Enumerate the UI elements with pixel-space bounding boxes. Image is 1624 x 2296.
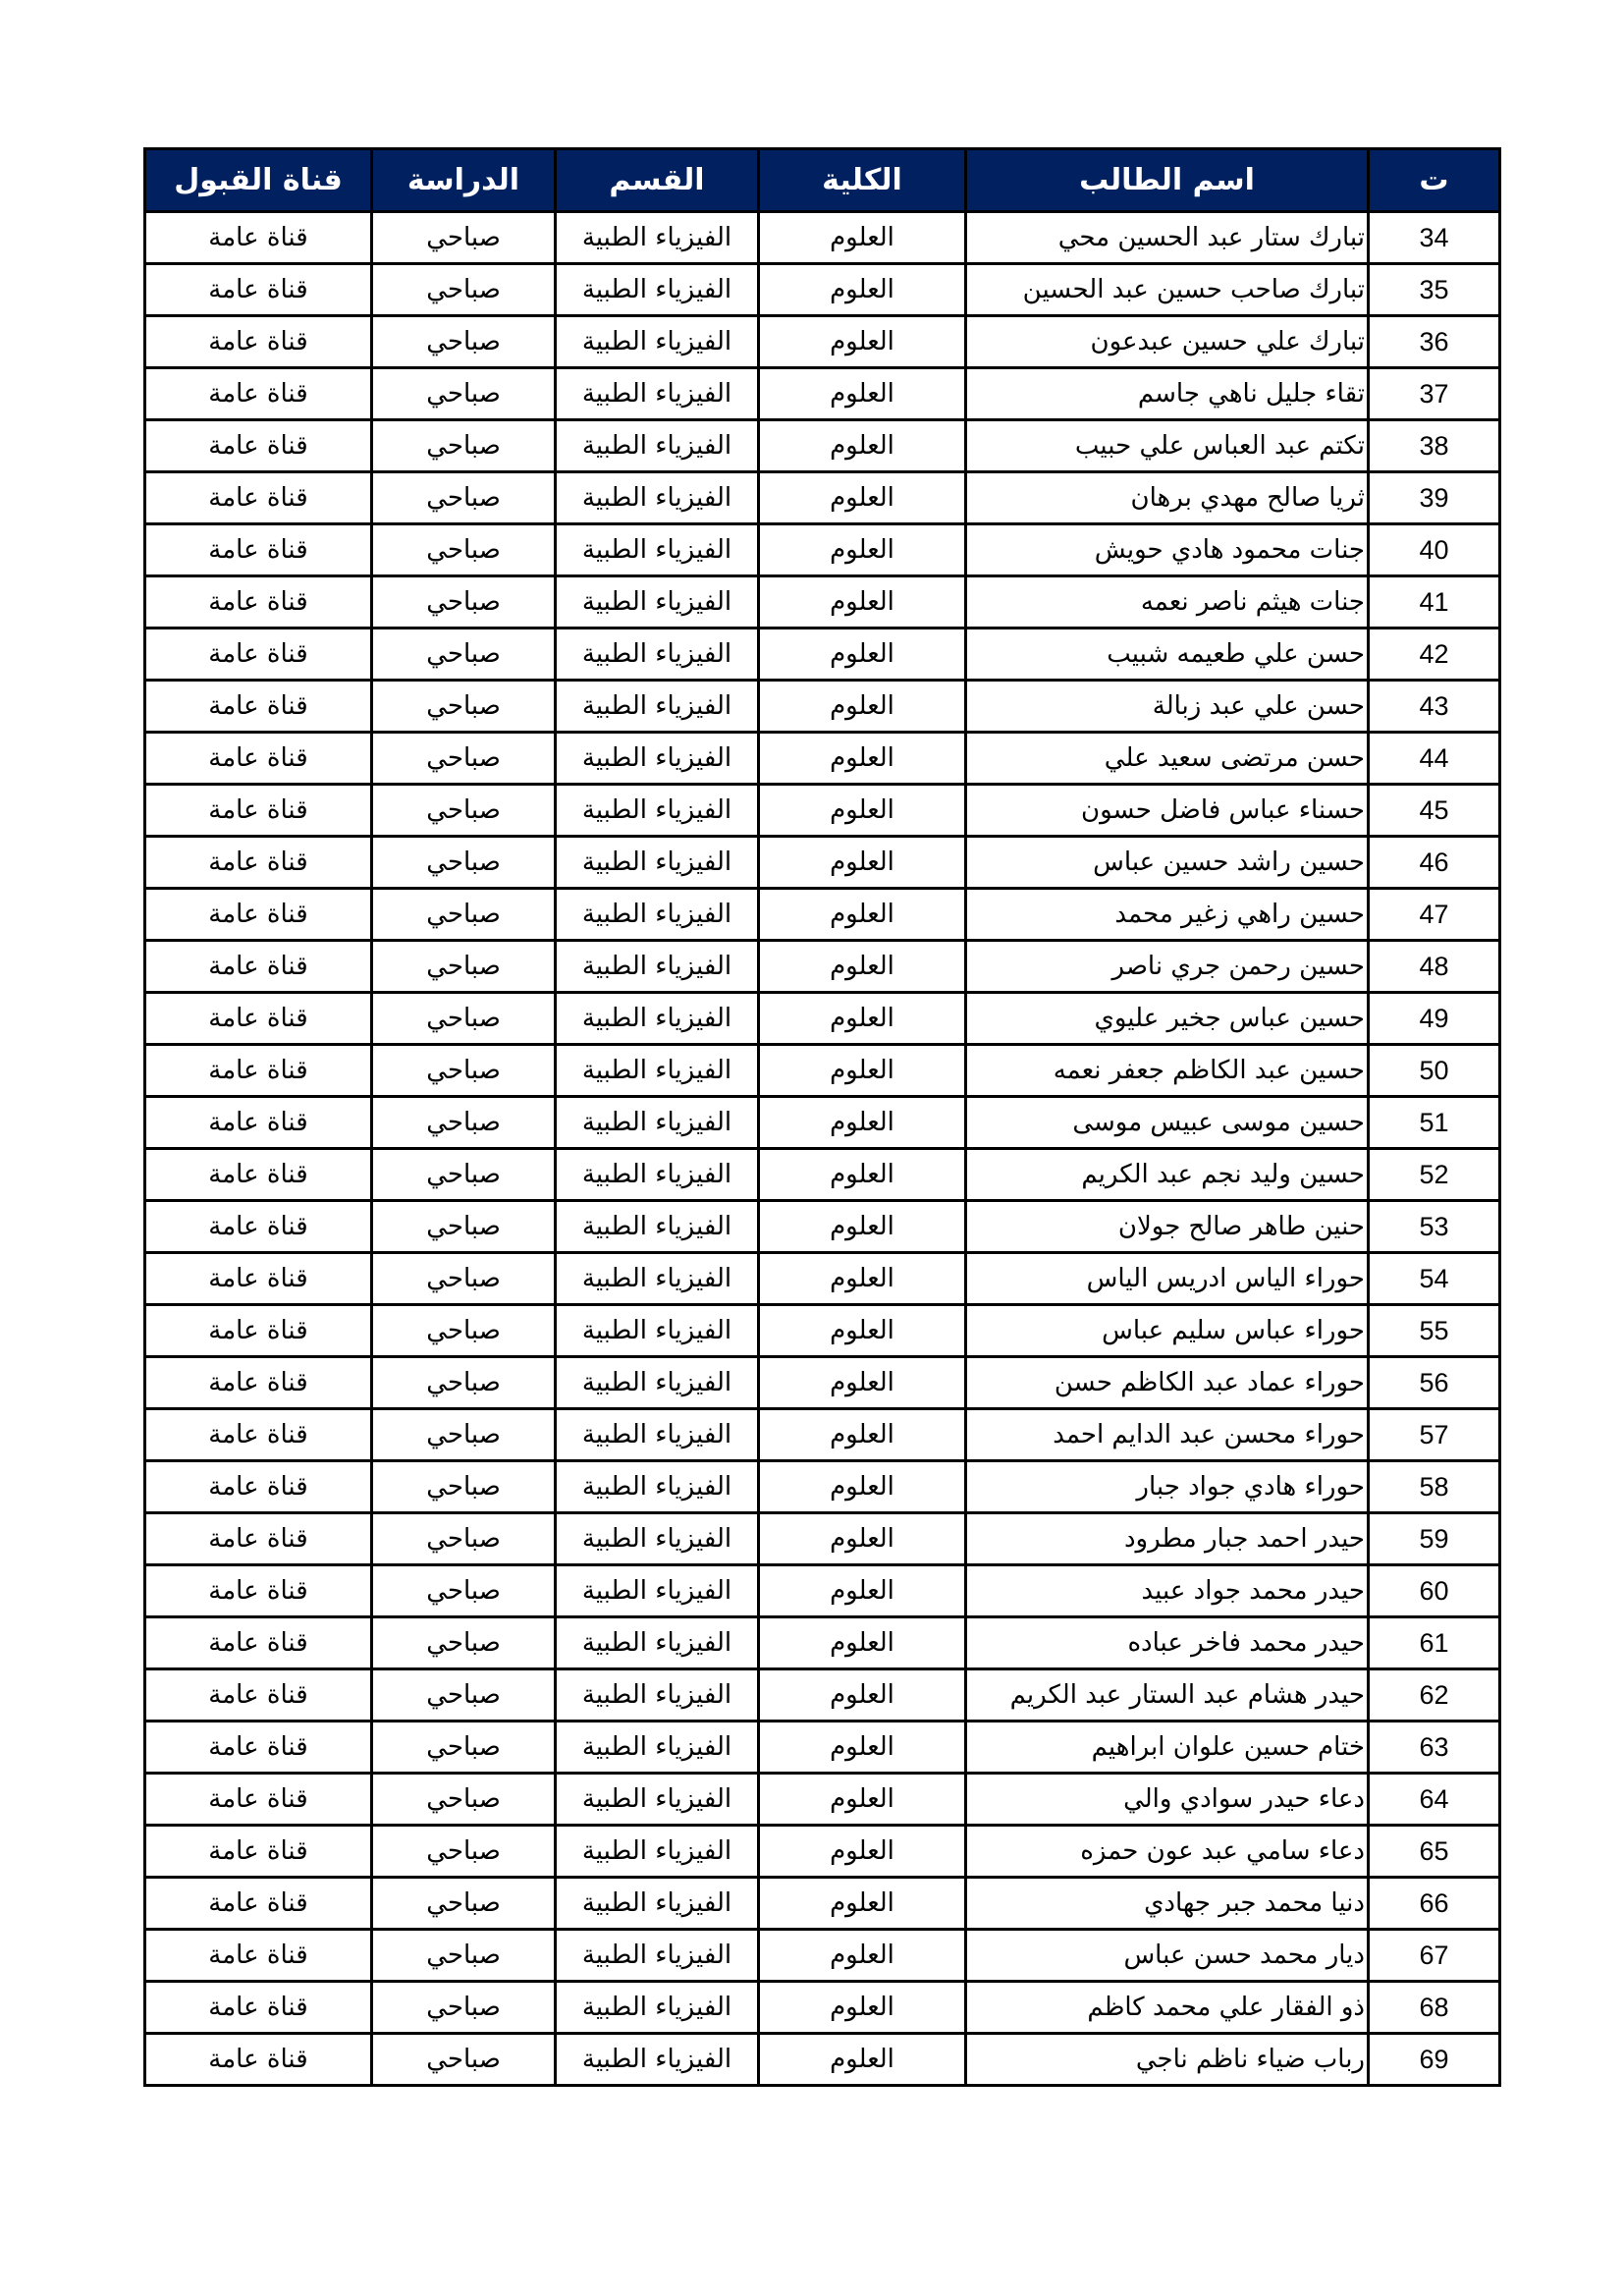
student-name-cell: حسين عبد الكاظم جعفر نعمه xyxy=(966,1045,1369,1097)
student-name-cell: تقاء جليل ناهي جاسم xyxy=(966,368,1369,420)
student-name-cell: حسن علي عبد زبالة xyxy=(966,681,1369,733)
study-type-cell: صباحي xyxy=(372,1722,556,1774)
college-cell: العلوم xyxy=(759,1097,966,1149)
college-cell: العلوم xyxy=(759,1045,966,1097)
study-type-cell: صباحي xyxy=(372,1565,556,1617)
department-cell: الفيزياء الطبية xyxy=(556,785,759,837)
table-row: 50حسين عبد الكاظم جعفر نعمهالعلومالفيزيا… xyxy=(145,1045,1500,1097)
admission-channel-cell: قناة عامة xyxy=(145,1930,372,1982)
row-number-cell: 43 xyxy=(1369,681,1500,733)
row-number-cell: 40 xyxy=(1369,524,1500,576)
table-row: 44حسن مرتضى سعيد عليالعلومالفيزياء الطبي… xyxy=(145,733,1500,785)
table-row: 64دعاء حيدر سوادي واليالعلومالفيزياء الط… xyxy=(145,1774,1500,1826)
department-cell: الفيزياء الطبية xyxy=(556,1774,759,1826)
table-row: 52حسين وليد نجم عبد الكريمالعلومالفيزياء… xyxy=(145,1149,1500,1201)
student-name-cell: حوراء الياس ادريس الياس xyxy=(966,1253,1369,1305)
row-number-cell: 44 xyxy=(1369,733,1500,785)
college-cell: العلوم xyxy=(759,941,966,993)
row-number-cell: 56 xyxy=(1369,1357,1500,1409)
row-number-cell: 58 xyxy=(1369,1461,1500,1513)
study-type-cell: صباحي xyxy=(372,1149,556,1201)
department-cell: الفيزياء الطبية xyxy=(556,1617,759,1669)
admission-channel-cell: قناة عامة xyxy=(145,993,372,1045)
study-type-cell: صباحي xyxy=(372,1878,556,1930)
student-name-cell: حسين موسى عبيس موسى xyxy=(966,1097,1369,1149)
study-type-cell: صباحي xyxy=(372,1409,556,1461)
admission-channel-cell: قناة عامة xyxy=(145,1617,372,1669)
study-type-cell: صباحي xyxy=(372,681,556,733)
study-type-cell: صباحي xyxy=(372,368,556,420)
admission-channel-cell: قناة عامة xyxy=(145,1826,372,1878)
table-row: 55حوراء عباس سليم عباسالعلومالفيزياء الط… xyxy=(145,1305,1500,1357)
student-name-cell: حسناء عباس فاضل حسون xyxy=(966,785,1369,837)
study-type-cell: صباحي xyxy=(372,993,556,1045)
college-cell: العلوم xyxy=(759,785,966,837)
admission-channel-cell: قناة عامة xyxy=(145,681,372,733)
table-header: ت اسم الطالب الكلية القسم الدراسة قناة ا… xyxy=(145,149,1500,212)
study-type-cell: صباحي xyxy=(372,212,556,264)
table-row: 58حوراء هادي جواد جبارالعلومالفيزياء الط… xyxy=(145,1461,1500,1513)
study-type-cell: صباحي xyxy=(372,472,556,524)
college-cell: العلوم xyxy=(759,524,966,576)
table-row: 42حسن علي طعيمه شبيبالعلومالفيزياء الطبي… xyxy=(145,629,1500,681)
department-cell: الفيزياء الطبية xyxy=(556,472,759,524)
student-name-cell: حوراء هادي جواد جبار xyxy=(966,1461,1369,1513)
department-cell: الفيزياء الطبية xyxy=(556,264,759,316)
row-number-cell: 55 xyxy=(1369,1305,1500,1357)
department-cell: الفيزياء الطبية xyxy=(556,993,759,1045)
header-student-name: اسم الطالب xyxy=(966,149,1369,212)
row-number-cell: 49 xyxy=(1369,993,1500,1045)
study-type-cell: صباحي xyxy=(372,837,556,889)
admission-channel-cell: قناة عامة xyxy=(145,941,372,993)
student-name-cell: حسين وليد نجم عبد الكريم xyxy=(966,1149,1369,1201)
college-cell: العلوم xyxy=(759,681,966,733)
table-row: 41جنات هيثم ناصر نعمهالعلومالفيزياء الطب… xyxy=(145,576,1500,629)
department-cell: الفيزياء الطبية xyxy=(556,1878,759,1930)
college-cell: العلوم xyxy=(759,212,966,264)
row-number-cell: 34 xyxy=(1369,212,1500,264)
department-cell: الفيزياء الطبية xyxy=(556,681,759,733)
college-cell: العلوم xyxy=(759,1513,966,1565)
student-name-cell: حيدر محمد فاخر عباده xyxy=(966,1617,1369,1669)
table-row: 60حيدر محمد جواد عبيدالعلومالفيزياء الطب… xyxy=(145,1565,1500,1617)
college-cell: العلوم xyxy=(759,1305,966,1357)
admission-channel-cell: قناة عامة xyxy=(145,1669,372,1722)
college-cell: العلوم xyxy=(759,2034,966,2086)
table-row: 40جنات محمود هادي حويشالعلومالفيزياء الط… xyxy=(145,524,1500,576)
college-cell: العلوم xyxy=(759,264,966,316)
department-cell: الفيزياء الطبية xyxy=(556,941,759,993)
admission-channel-cell: قناة عامة xyxy=(145,889,372,941)
row-number-cell: 54 xyxy=(1369,1253,1500,1305)
header-num: ت xyxy=(1369,149,1500,212)
student-name-cell: جنات محمود هادي حويش xyxy=(966,524,1369,576)
study-type-cell: صباحي xyxy=(372,1774,556,1826)
table-row: 36تبارك علي حسين عبدعونالعلومالفيزياء ال… xyxy=(145,316,1500,368)
department-cell: الفيزياء الطبية xyxy=(556,1253,759,1305)
department-cell: الفيزياء الطبية xyxy=(556,1097,759,1149)
row-number-cell: 67 xyxy=(1369,1930,1500,1982)
row-number-cell: 45 xyxy=(1369,785,1500,837)
student-name-cell: حوراء عماد عبد الكاظم حسن xyxy=(966,1357,1369,1409)
student-name-cell: جنات هيثم ناصر نعمه xyxy=(966,576,1369,629)
row-number-cell: 60 xyxy=(1369,1565,1500,1617)
college-cell: العلوم xyxy=(759,576,966,629)
department-cell: الفيزياء الطبية xyxy=(556,1826,759,1878)
table-row: 62حيدر هشام عبد الستار عبد الكريمالعلوما… xyxy=(145,1669,1500,1722)
study-type-cell: صباحي xyxy=(372,576,556,629)
admission-channel-cell: قناة عامة xyxy=(145,472,372,524)
department-cell: الفيزياء الطبية xyxy=(556,1565,759,1617)
row-number-cell: 53 xyxy=(1369,1201,1500,1253)
study-type-cell: صباحي xyxy=(372,2034,556,2086)
study-type-cell: صباحي xyxy=(372,1669,556,1722)
student-name-cell: ديار محمد حسن عباس xyxy=(966,1930,1369,1982)
table-row: 56حوراء عماد عبد الكاظم حسنالعلومالفيزيا… xyxy=(145,1357,1500,1409)
college-cell: العلوم xyxy=(759,1669,966,1722)
table-row: 39ثريا صالح مهدي برهانالعلومالفيزياء الط… xyxy=(145,472,1500,524)
student-name-cell: حنين طاهر صالح جولان xyxy=(966,1201,1369,1253)
row-number-cell: 48 xyxy=(1369,941,1500,993)
department-cell: الفيزياء الطبية xyxy=(556,1461,759,1513)
study-type-cell: صباحي xyxy=(372,1826,556,1878)
row-number-cell: 46 xyxy=(1369,837,1500,889)
college-cell: العلوم xyxy=(759,1149,966,1201)
student-name-cell: دعاء حيدر سوادي والي xyxy=(966,1774,1369,1826)
study-type-cell: صباحي xyxy=(372,264,556,316)
table-row: 65دعاء سامي عبد عون حمزهالعلومالفيزياء ا… xyxy=(145,1826,1500,1878)
table-row: 61حيدر محمد فاخر عبادهالعلومالفيزياء الط… xyxy=(145,1617,1500,1669)
college-cell: العلوم xyxy=(759,993,966,1045)
department-cell: الفيزياء الطبية xyxy=(556,733,759,785)
admission-channel-cell: قناة عامة xyxy=(145,629,372,681)
college-cell: العلوم xyxy=(759,472,966,524)
table-row: 48حسين رحمن جري ناصرالعلومالفيزياء الطبي… xyxy=(145,941,1500,993)
study-type-cell: صباحي xyxy=(372,1930,556,1982)
college-cell: العلوم xyxy=(759,1878,966,1930)
row-number-cell: 42 xyxy=(1369,629,1500,681)
college-cell: العلوم xyxy=(759,1357,966,1409)
department-cell: الفيزياء الطبية xyxy=(556,1930,759,1982)
student-name-cell: ثريا صالح مهدي برهان xyxy=(966,472,1369,524)
student-name-cell: رباب ضياء ناظم ناجي xyxy=(966,2034,1369,2086)
department-cell: الفيزياء الطبية xyxy=(556,1149,759,1201)
student-name-cell: تبارك ستار عبد الحسين محي xyxy=(966,212,1369,264)
row-number-cell: 65 xyxy=(1369,1826,1500,1878)
table-row: 38تكتم عبد العباس علي حبيبالعلومالفيزياء… xyxy=(145,420,1500,472)
admission-channel-cell: قناة عامة xyxy=(145,1513,372,1565)
department-cell: الفيزياء الطبية xyxy=(556,2034,759,2086)
admission-channel-cell: قناة عامة xyxy=(145,368,372,420)
row-number-cell: 61 xyxy=(1369,1617,1500,1669)
row-number-cell: 59 xyxy=(1369,1513,1500,1565)
row-number-cell: 38 xyxy=(1369,420,1500,472)
study-type-cell: صباحي xyxy=(372,1513,556,1565)
study-type-cell: صباحي xyxy=(372,785,556,837)
row-number-cell: 47 xyxy=(1369,889,1500,941)
college-cell: العلوم xyxy=(759,1617,966,1669)
header-department: القسم xyxy=(556,149,759,212)
table-row: 59حيدر احمد جبار مطرودالعلومالفيزياء الط… xyxy=(145,1513,1500,1565)
row-number-cell: 52 xyxy=(1369,1149,1500,1201)
admission-channel-cell: قناة عامة xyxy=(145,2034,372,2086)
study-type-cell: صباحي xyxy=(372,1305,556,1357)
table-row: 34تبارك ستار عبد الحسين محيالعلومالفيزيا… xyxy=(145,212,1500,264)
admission-channel-cell: قناة عامة xyxy=(145,1461,372,1513)
college-cell: العلوم xyxy=(759,1826,966,1878)
admission-channel-cell: قناة عامة xyxy=(145,733,372,785)
study-type-cell: صباحي xyxy=(372,1461,556,1513)
admission-channel-cell: قناة عامة xyxy=(145,316,372,368)
table-row: 66دنيا محمد جبر جهاديالعلومالفيزياء الطب… xyxy=(145,1878,1500,1930)
header-row: ت اسم الطالب الكلية القسم الدراسة قناة ا… xyxy=(145,149,1500,212)
department-cell: الفيزياء الطبية xyxy=(556,524,759,576)
study-type-cell: صباحي xyxy=(372,733,556,785)
college-cell: العلوم xyxy=(759,1409,966,1461)
row-number-cell: 69 xyxy=(1369,2034,1500,2086)
department-cell: الفيزياء الطبية xyxy=(556,212,759,264)
admission-channel-cell: قناة عامة xyxy=(145,576,372,629)
row-number-cell: 62 xyxy=(1369,1669,1500,1722)
admission-channel-cell: قناة عامة xyxy=(145,1878,372,1930)
table-row: 37تقاء جليل ناهي جاسمالعلومالفيزياء الطب… xyxy=(145,368,1500,420)
student-name-cell: حسين راهي زغير محمد xyxy=(966,889,1369,941)
college-cell: العلوم xyxy=(759,1461,966,1513)
admission-channel-cell: قناة عامة xyxy=(145,1774,372,1826)
admission-channel-cell: قناة عامة xyxy=(145,212,372,264)
student-name-cell: ذو الفقار علي محمد كاظم xyxy=(966,1982,1369,2034)
college-cell: العلوم xyxy=(759,629,966,681)
table-row: 47حسين راهي زغير محمدالعلومالفيزياء الطب… xyxy=(145,889,1500,941)
student-name-cell: تبارك صاحب حسين عبد الحسين xyxy=(966,264,1369,316)
study-type-cell: صباحي xyxy=(372,1357,556,1409)
table-row: 51حسين موسى عبيس موسىالعلومالفيزياء الطب… xyxy=(145,1097,1500,1149)
study-type-cell: صباحي xyxy=(372,629,556,681)
student-name-cell: ختام حسين علوان ابراهيم xyxy=(966,1722,1369,1774)
admission-channel-cell: قناة عامة xyxy=(145,420,372,472)
student-name-cell: حيدر هشام عبد الستار عبد الكريم xyxy=(966,1669,1369,1722)
college-cell: العلوم xyxy=(759,1774,966,1826)
table-row: 53حنين طاهر صالح جولانالعلومالفيزياء الط… xyxy=(145,1201,1500,1253)
admission-channel-cell: قناة عامة xyxy=(145,1409,372,1461)
department-cell: الفيزياء الطبية xyxy=(556,1513,759,1565)
student-name-cell: حوراء عباس سليم عباس xyxy=(966,1305,1369,1357)
department-cell: الفيزياء الطبية xyxy=(556,1305,759,1357)
admission-channel-cell: قناة عامة xyxy=(145,1565,372,1617)
row-number-cell: 39 xyxy=(1369,472,1500,524)
table-row: 69رباب ضياء ناظم ناجيالعلومالفيزياء الطب… xyxy=(145,2034,1500,2086)
table-row: 68ذو الفقار علي محمد كاظمالعلومالفيزياء … xyxy=(145,1982,1500,2034)
college-cell: العلوم xyxy=(759,420,966,472)
student-name-cell: حسن مرتضى سعيد علي xyxy=(966,733,1369,785)
admission-channel-cell: قناة عامة xyxy=(145,837,372,889)
row-number-cell: 63 xyxy=(1369,1722,1500,1774)
college-cell: العلوم xyxy=(759,316,966,368)
department-cell: الفيزياء الطبية xyxy=(556,1201,759,1253)
department-cell: الفيزياء الطبية xyxy=(556,889,759,941)
study-type-cell: صباحي xyxy=(372,1617,556,1669)
row-number-cell: 68 xyxy=(1369,1982,1500,2034)
department-cell: الفيزياء الطبية xyxy=(556,629,759,681)
study-type-cell: صباحي xyxy=(372,1201,556,1253)
admission-channel-cell: قناة عامة xyxy=(145,1097,372,1149)
student-name-cell: تبارك علي حسين عبدعون xyxy=(966,316,1369,368)
table-row: 67ديار محمد حسن عباسالعلومالفيزياء الطبي… xyxy=(145,1930,1500,1982)
department-cell: الفيزياء الطبية xyxy=(556,316,759,368)
row-number-cell: 64 xyxy=(1369,1774,1500,1826)
table-row: 63ختام حسين علوان ابراهيمالعلومالفيزياء … xyxy=(145,1722,1500,1774)
row-number-cell: 57 xyxy=(1369,1409,1500,1461)
college-cell: العلوم xyxy=(759,1982,966,2034)
admission-channel-cell: قناة عامة xyxy=(145,1149,372,1201)
admission-channel-cell: قناة عامة xyxy=(145,785,372,837)
table-row: 43حسن علي عبد زبالةالعلومالفيزياء الطبية… xyxy=(145,681,1500,733)
study-type-cell: صباحي xyxy=(372,524,556,576)
admission-channel-cell: قناة عامة xyxy=(145,1982,372,2034)
row-number-cell: 35 xyxy=(1369,264,1500,316)
student-roster-table: ت اسم الطالب الكلية القسم الدراسة قناة ا… xyxy=(143,147,1501,2087)
admission-channel-cell: قناة عامة xyxy=(145,1253,372,1305)
table-row: 35تبارك صاحب حسين عبد الحسينالعلومالفيزي… xyxy=(145,264,1500,316)
admission-channel-cell: قناة عامة xyxy=(145,1722,372,1774)
study-type-cell: صباحي xyxy=(372,316,556,368)
college-cell: العلوم xyxy=(759,368,966,420)
study-type-cell: صباحي xyxy=(372,941,556,993)
student-name-cell: حسين رحمن جري ناصر xyxy=(966,941,1369,993)
college-cell: العلوم xyxy=(759,1253,966,1305)
table-row: 54حوراء الياس ادريس الياسالعلومالفيزياء … xyxy=(145,1253,1500,1305)
department-cell: الفيزياء الطبية xyxy=(556,837,759,889)
study-type-cell: صباحي xyxy=(372,1253,556,1305)
department-cell: الفيزياء الطبية xyxy=(556,1669,759,1722)
college-cell: العلوم xyxy=(759,889,966,941)
student-name-cell: حسين عباس جخير عليوي xyxy=(966,993,1369,1045)
college-cell: العلوم xyxy=(759,1722,966,1774)
header-college: الكلية xyxy=(759,149,966,212)
student-name-cell: دعاء سامي عبد عون حمزه xyxy=(966,1826,1369,1878)
row-number-cell: 51 xyxy=(1369,1097,1500,1149)
admission-channel-cell: قناة عامة xyxy=(145,264,372,316)
table-body: 34تبارك ستار عبد الحسين محيالعلومالفيزيا… xyxy=(145,212,1500,2086)
document-page: ت اسم الطالب الكلية القسم الدراسة قناة ا… xyxy=(0,0,1624,2296)
admission-channel-cell: قناة عامة xyxy=(145,1045,372,1097)
table-row: 49حسين عباس جخير عليويالعلومالفيزياء الط… xyxy=(145,993,1500,1045)
department-cell: الفيزياء الطبية xyxy=(556,1982,759,2034)
row-number-cell: 50 xyxy=(1369,1045,1500,1097)
header-study-type: الدراسة xyxy=(372,149,556,212)
study-type-cell: صباحي xyxy=(372,420,556,472)
row-number-cell: 36 xyxy=(1369,316,1500,368)
student-name-cell: دنيا محمد جبر جهادي xyxy=(966,1878,1369,1930)
admission-channel-cell: قناة عامة xyxy=(145,1305,372,1357)
college-cell: العلوم xyxy=(759,1565,966,1617)
department-cell: الفيزياء الطبية xyxy=(556,1357,759,1409)
study-type-cell: صباحي xyxy=(372,1045,556,1097)
department-cell: الفيزياء الطبية xyxy=(556,1722,759,1774)
admission-channel-cell: قناة عامة xyxy=(145,1201,372,1253)
student-name-cell: حسن علي طعيمه شبيب xyxy=(966,629,1369,681)
student-name-cell: حوراء محسن عبد الدايم احمد xyxy=(966,1409,1369,1461)
college-cell: العلوم xyxy=(759,837,966,889)
department-cell: الفيزياء الطبية xyxy=(556,420,759,472)
department-cell: الفيزياء الطبية xyxy=(556,1045,759,1097)
college-cell: العلوم xyxy=(759,733,966,785)
table-row: 45حسناء عباس فاضل حسونالعلومالفيزياء الط… xyxy=(145,785,1500,837)
department-cell: الفيزياء الطبية xyxy=(556,576,759,629)
study-type-cell: صباحي xyxy=(372,889,556,941)
admission-channel-cell: قناة عامة xyxy=(145,1357,372,1409)
study-type-cell: صباحي xyxy=(372,1982,556,2034)
student-name-cell: حيدر محمد جواد عبيد xyxy=(966,1565,1369,1617)
student-name-cell: تكتم عبد العباس علي حبيب xyxy=(966,420,1369,472)
department-cell: الفيزياء الطبية xyxy=(556,1409,759,1461)
header-admission-channel: قناة القبول xyxy=(145,149,372,212)
table-row: 57حوراء محسن عبد الدايم احمدالعلومالفيزي… xyxy=(145,1409,1500,1461)
table-row: 46حسين راشد حسين عباسالعلومالفيزياء الطب… xyxy=(145,837,1500,889)
college-cell: العلوم xyxy=(759,1930,966,1982)
student-name-cell: حسين راشد حسين عباس xyxy=(966,837,1369,889)
student-name-cell: حيدر احمد جبار مطرود xyxy=(966,1513,1369,1565)
department-cell: الفيزياء الطبية xyxy=(556,368,759,420)
row-number-cell: 66 xyxy=(1369,1878,1500,1930)
row-number-cell: 37 xyxy=(1369,368,1500,420)
study-type-cell: صباحي xyxy=(372,1097,556,1149)
college-cell: العلوم xyxy=(759,1201,966,1253)
row-number-cell: 41 xyxy=(1369,576,1500,629)
admission-channel-cell: قناة عامة xyxy=(145,524,372,576)
